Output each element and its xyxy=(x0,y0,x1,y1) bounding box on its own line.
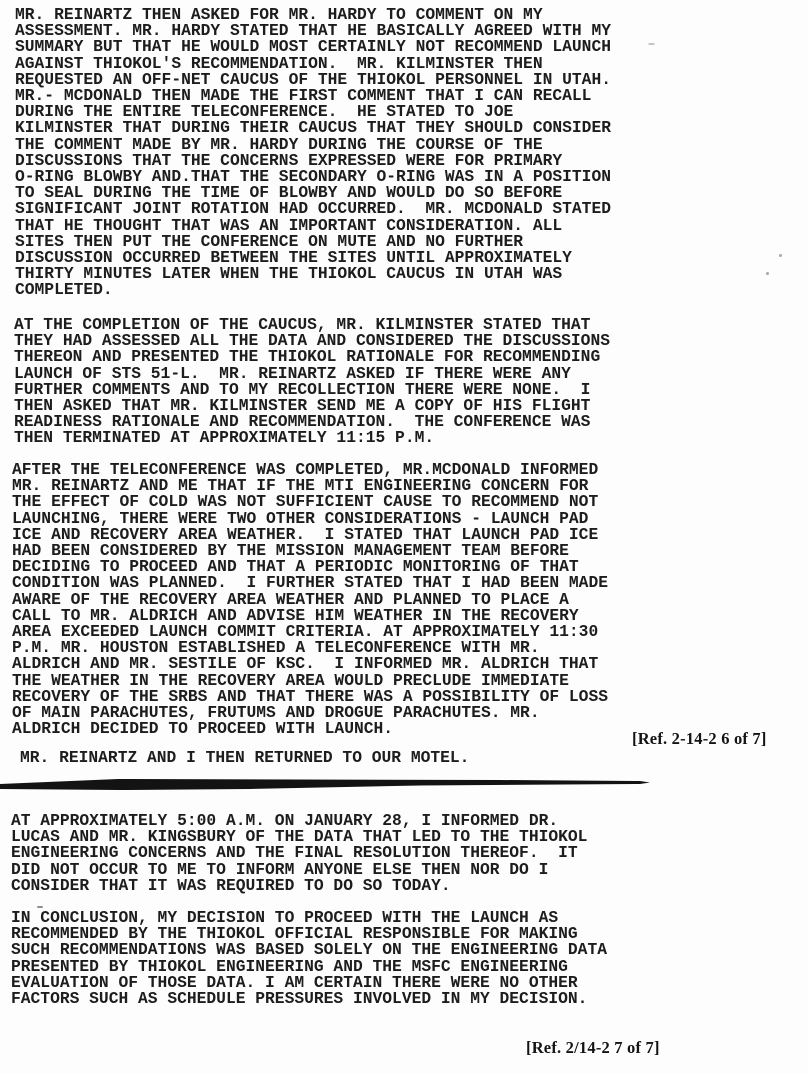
paragraph-caucus-completion: AT THE COMPLETION OF THE CAUCUS, MR. KIL… xyxy=(14,317,610,447)
paragraph-returned-to-motel: MR. REINARTZ AND I THEN RETURNED TO OUR … xyxy=(20,750,469,766)
section-divider-line xyxy=(0,777,652,793)
paragraph-teleconference-assessment: MR. REINARTZ THEN ASKED FOR MR. HARDY TO… xyxy=(15,7,611,299)
paragraph-after-teleconference: AFTER THE TELECONFERENCE WAS COMPLETED, … xyxy=(12,462,608,737)
ref-marker-page-6: [Ref. 2-14-2 6 of 7] xyxy=(632,729,767,749)
scan-artifact-speck xyxy=(779,254,782,257)
scan-artifact-speck xyxy=(37,906,43,908)
document-page: MR. REINARTZ THEN ASKED FOR MR. HARDY TO… xyxy=(0,0,808,1074)
paragraph-morning-briefing: AT APPROXIMATELY 5:00 A.M. ON JANUARY 28… xyxy=(11,813,587,894)
scan-artifact-speck xyxy=(648,43,655,45)
scan-artifact-speck xyxy=(766,272,769,275)
ref-marker-page-7: [Ref. 2/14-2 7 of 7] xyxy=(526,1038,660,1058)
paragraph-conclusion: IN CONCLUSION, MY DECISION TO PROCEED WI… xyxy=(11,910,607,1007)
